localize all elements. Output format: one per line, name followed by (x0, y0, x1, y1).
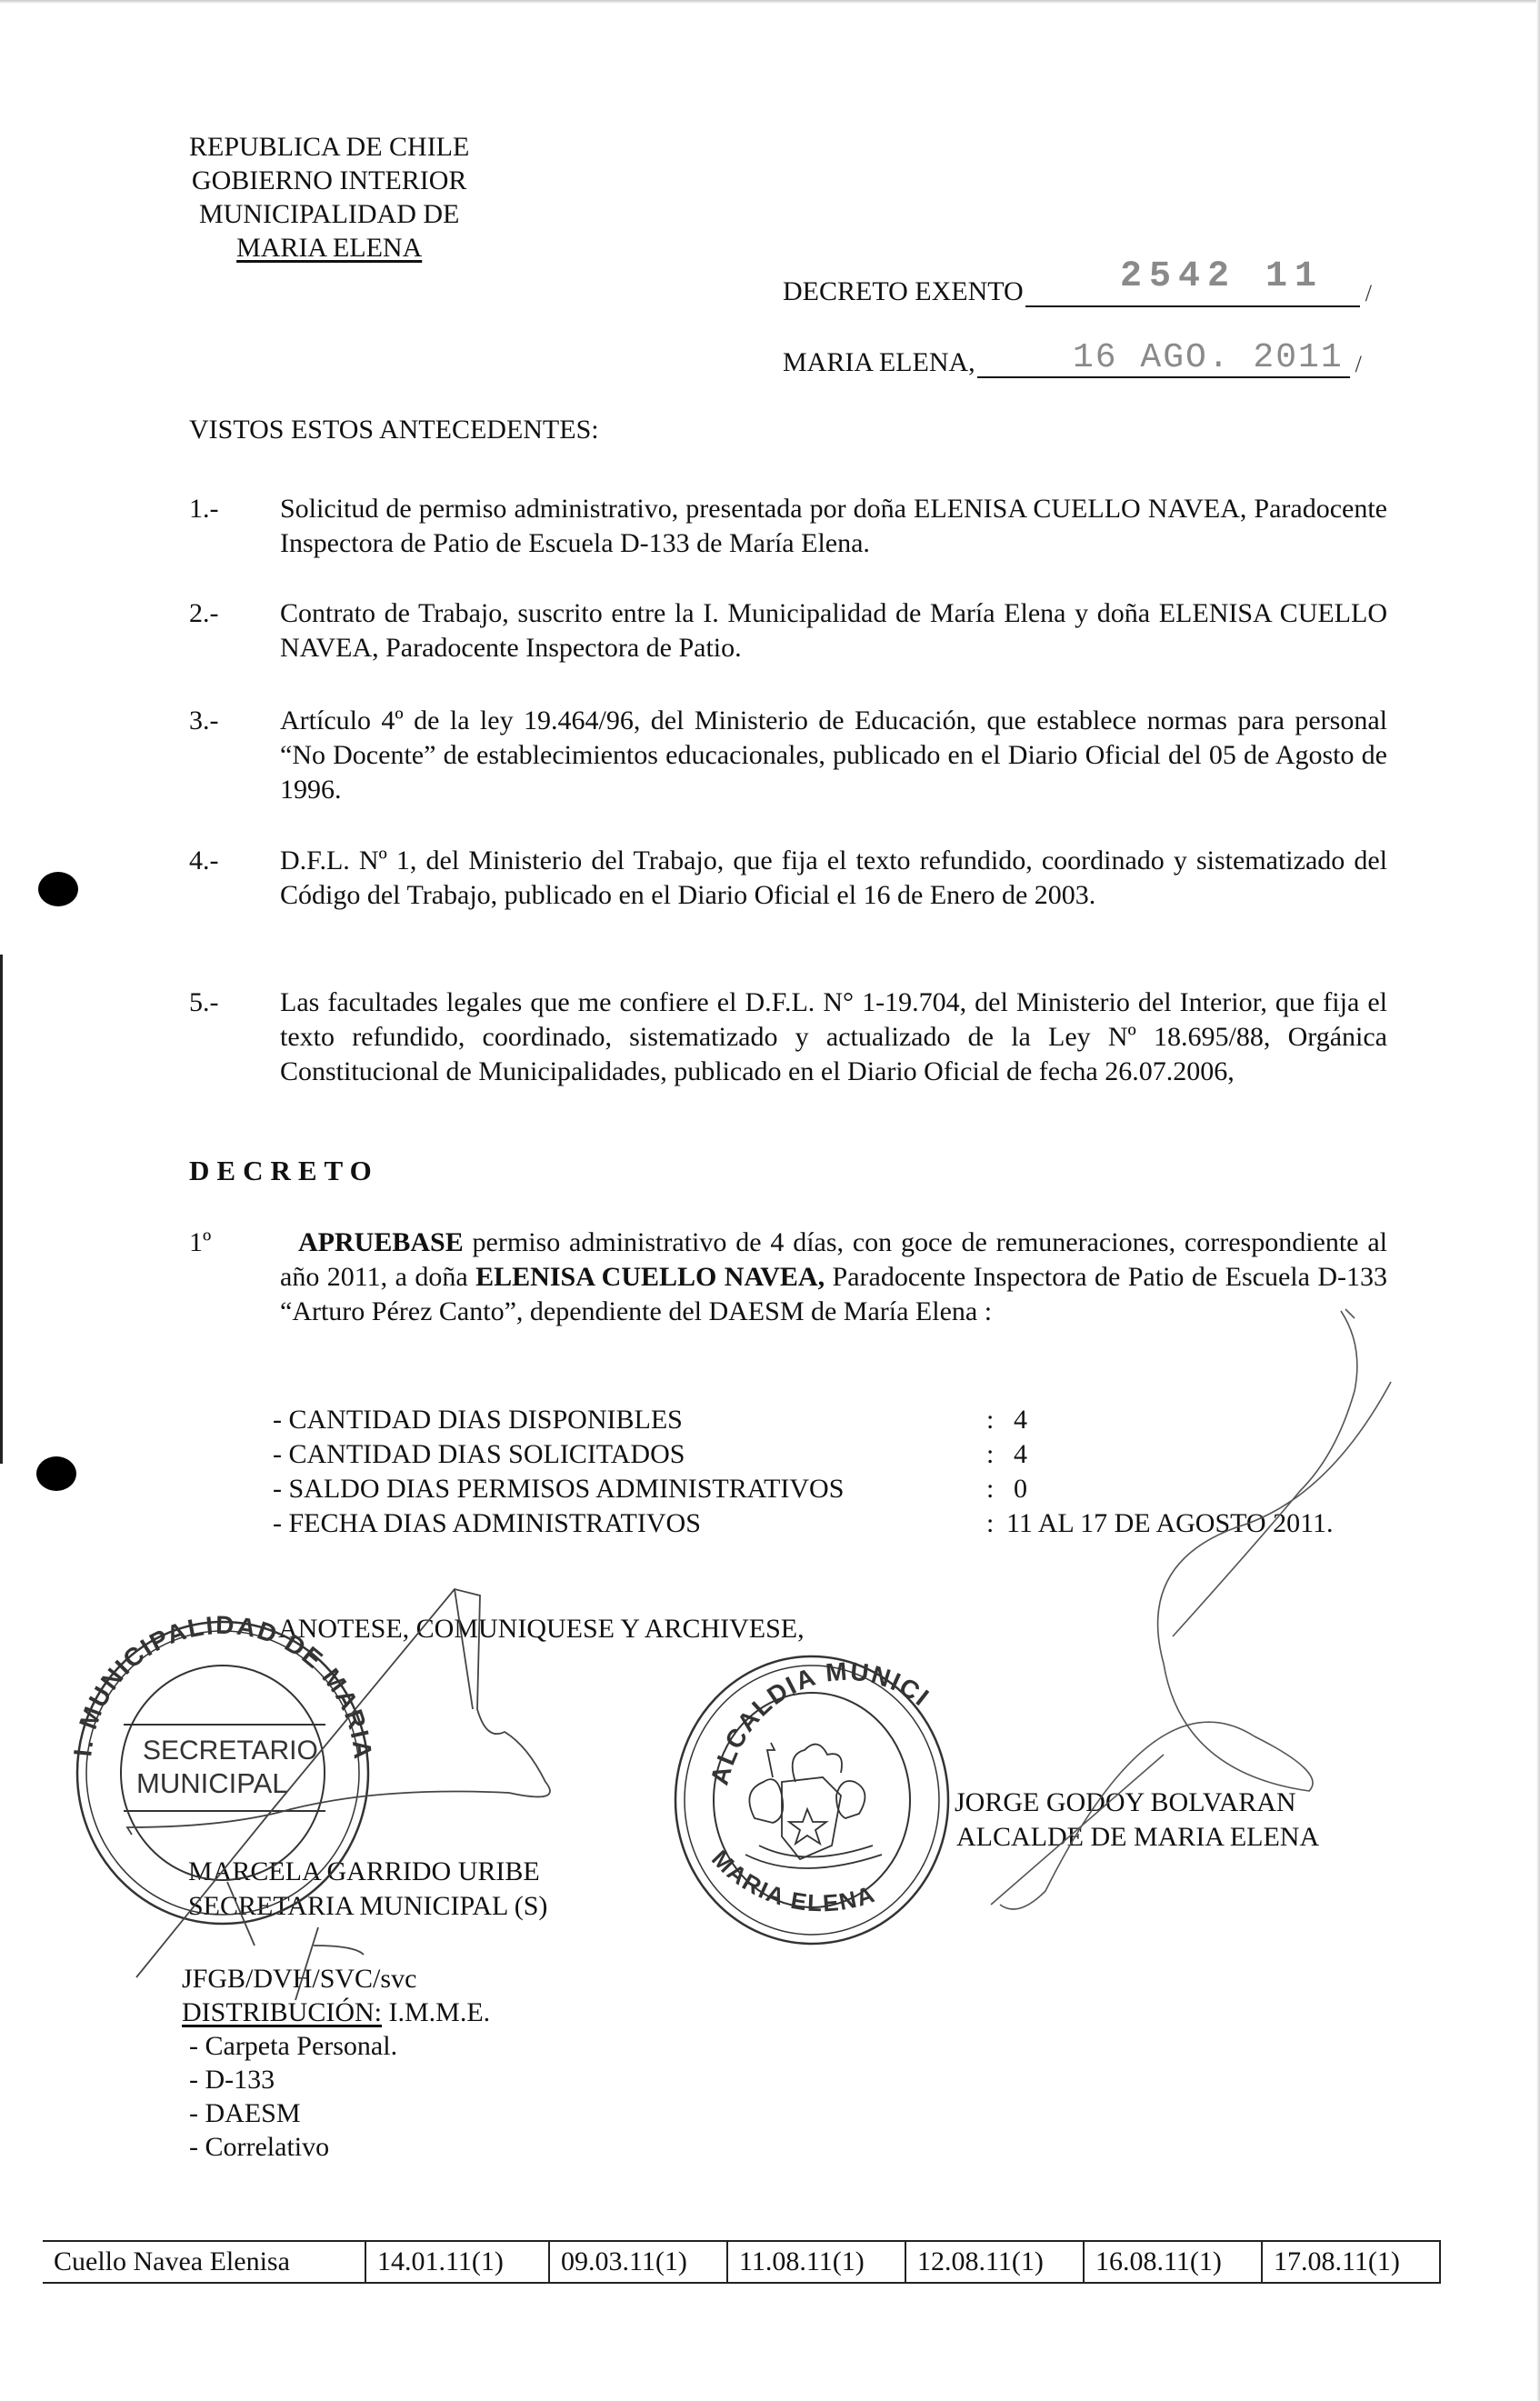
leave-summary: - CANTIDAD DIAS DISPONIBLES : 4 - CANTID… (273, 1403, 1333, 1541)
leave-date-cell: 09.03.11(1) (549, 2241, 727, 2283)
summary-row: - CANTIDAD DIAS SOLICITADOS : 4 (273, 1437, 1333, 1472)
leave-date-cell: 17.08.11(1) (1262, 2241, 1440, 2283)
summary-row: - SALDO DIAS PERMISOS ADMINISTRATIVOS : … (273, 1472, 1333, 1506)
scan-edge (0, 955, 3, 1464)
summary-value: 4 (1006, 1437, 1027, 1472)
employee-name-cell: Cuello Navea Elenisa (43, 2241, 365, 2283)
secretary-title: SECRETARIA MUNICIPAL (S) (188, 1889, 547, 1924)
punch-hole (38, 872, 78, 906)
table-row: Cuello Navea Elenisa 14.01.11(1) 09.03.1… (43, 2241, 1440, 2283)
distribution-heading: DISTRIBUCIÓN: I.M.M.E. (182, 1996, 490, 2029)
summary-label: - CANTIDAD DIAS SOLICITADOS (273, 1437, 986, 1472)
closing-formula: ANOTESE, COMUNIQUESE Y ARCHIVESE, (278, 1613, 805, 1646)
svg-text:MARIA ELENA: MARIA ELENA (706, 1845, 879, 1916)
item-number: 1.- (189, 492, 219, 526)
beneficiary-name: ELENISA CUELLO NAVEA, (475, 1262, 825, 1292)
leave-date-cell: 14.01.11(1) (365, 2241, 549, 2283)
slash: / (1355, 351, 1362, 378)
distribution-label: DISTRIBUCIÓN: (182, 1997, 382, 2027)
slash: / (1365, 280, 1372, 307)
article-number: 1º (189, 1226, 211, 1260)
summary-value: 0 (1006, 1472, 1027, 1506)
punch-hole (36, 1456, 76, 1491)
summary-row: - FECHA DIAS ADMINISTRATIVOS : 11 AL 17 … (273, 1506, 1333, 1541)
decree-number-label: DECRETO EXENTO (783, 276, 1024, 307)
secretary-stamp-line: SECRETARIO (143, 1736, 318, 1766)
article-verb: APRUEBASE (298, 1227, 464, 1257)
document-page: REPUBLICA DE CHILE GOBIERNO INTERIOR MUN… (0, 0, 1540, 2401)
summary-colon: : (986, 1506, 1006, 1541)
decree-date-stamp: 16 AGO. 2011 (1073, 338, 1344, 377)
decree-number-stamp: 2542 11 (1120, 256, 1324, 297)
mayor-title: ALCALDE DE MARIA ELENA (956, 1820, 1319, 1855)
summary-colon: : (986, 1403, 1006, 1437)
summary-value: 4 (1006, 1403, 1027, 1437)
mayor-name: JORGE GODOY BOLVARAN (955, 1786, 1296, 1820)
vistos-item: Contrato de Trabajo, suscrito entre la I… (280, 596, 1387, 665)
summary-label: - FECHA DIAS ADMINISTRATIVOS (273, 1506, 986, 1541)
vistos-title: VISTOS ESTOS ANTECEDENTES: (189, 414, 599, 446)
article-text: APRUEBASE permiso administrativo de 4 dí… (280, 1226, 1387, 1329)
letterhead: REPUBLICA DE CHILE GOBIERNO INTERIOR MUN… (189, 130, 469, 265)
letterhead-line: GOBIERNO INTERIOR (189, 164, 469, 197)
reference-initials: JFGB/DVH/SVC/svc (182, 1962, 490, 1996)
distribution-label-suffix: I.M.M.E. (382, 1997, 490, 2027)
coat-of-arms-icon (745, 1743, 882, 1868)
scan-edge (0, 0, 1540, 4)
letterhead-line: REPUBLICA DE CHILE (189, 130, 469, 164)
vistos-item: D.F.L. Nº 1, del Ministerio del Trabajo,… (280, 844, 1387, 913)
item-number: 2.- (189, 596, 219, 631)
leave-date-cell: 12.08.11(1) (905, 2241, 1084, 2283)
vistos-item: Artículo 4º de la ley 19.464/96, del Min… (280, 704, 1387, 807)
summary-row: - CANTIDAD DIAS DISPONIBLES : 4 (273, 1403, 1333, 1437)
scan-edge (1536, 0, 1540, 2401)
item-number: 3.- (189, 704, 219, 738)
summary-colon: : (986, 1437, 1006, 1472)
distribution-item: - Carpeta Personal. (182, 2029, 490, 2063)
vistos-item: Solicitud de permiso administrativo, pre… (280, 492, 1387, 561)
distribution-item: - DAESM (182, 2096, 490, 2130)
secretary-stamp-line: MUNICIPAL (136, 1767, 288, 1799)
secretary-name: MARCELA GARRIDO URIBE (188, 1855, 540, 1889)
item-number: 5.- (189, 985, 219, 1020)
decreto-title: DECRETO (189, 1155, 379, 1187)
distribution-block: JFGB/DVH/SVC/svc DISTRIBUCIÓN: I.M.M.E. … (182, 1962, 490, 2164)
summary-colon: : (986, 1472, 1006, 1506)
leave-date-cell: 16.08.11(1) (1084, 2241, 1262, 2283)
item-number: 4.- (189, 844, 219, 878)
summary-label: - SALDO DIAS PERMISOS ADMINISTRATIVOS (273, 1472, 986, 1506)
distribution-item: - Correlativo (182, 2130, 490, 2164)
summary-value: 11 AL 17 DE AGOSTO 2011. (1006, 1506, 1333, 1541)
letterhead-line: MARIA ELENA (189, 231, 469, 265)
leave-record-table: Cuello Navea Elenisa 14.01.11(1) 09.03.1… (43, 2240, 1441, 2284)
letterhead-line: MUNICIPALIDAD DE (189, 197, 469, 231)
decree-place-label: MARIA ELENA, (783, 347, 975, 378)
summary-label: - CANTIDAD DIAS DISPONIBLES (273, 1403, 986, 1437)
distribution-item: - D-133 (182, 2063, 490, 2096)
secretary-signature (127, 1589, 550, 2000)
leave-date-cell: 11.08.11(1) (727, 2241, 905, 2283)
mayor-stamp-ring-bottom: MARIA ELENA (706, 1845, 879, 1916)
vistos-item: Las facultades legales que me confiere e… (280, 985, 1387, 1089)
